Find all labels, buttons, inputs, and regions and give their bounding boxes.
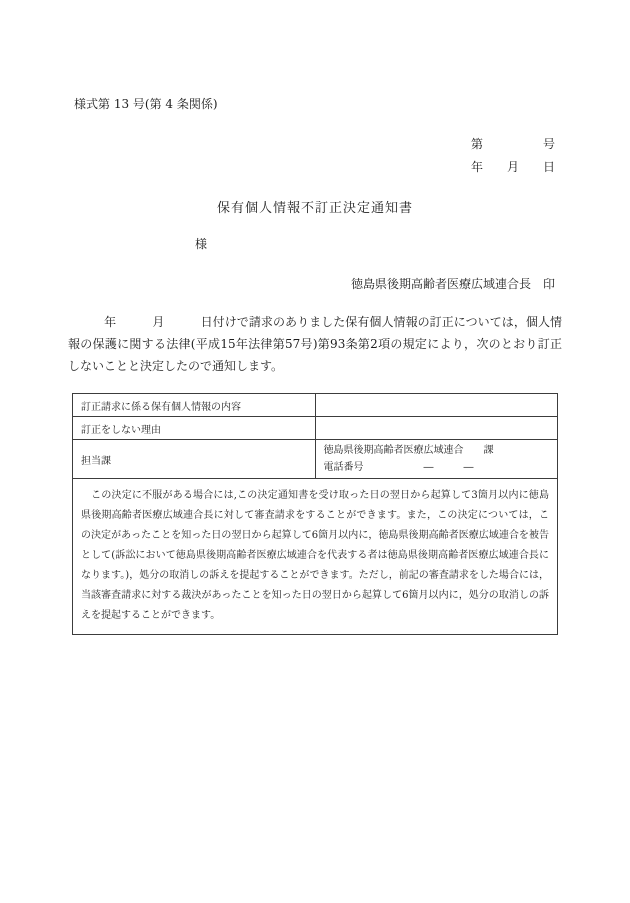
row-value-reason [315,417,558,440]
page-title: 保有個人情報不訂正決定通知書 [0,200,630,218]
table-row-request-content: 訂正請求に係る保有個人情報の内容 [73,394,558,417]
row-value-request-content [315,394,558,417]
appeal-note: この決定に不服がある場合には,この決定通知書を受け取った日の翌日から起算して3箇… [73,479,558,635]
row-label-reason: 訂正をしない理由 [73,417,316,440]
addressee-line: 様 [195,236,207,252]
department-name-line: 徳島県後期高齢者医療広域連合 課 [324,442,550,459]
issuer-line: 徳島県後期高齢者医療広域連合長 印 [351,276,555,292]
phone-number-line: 電話番号 ― ― [324,459,550,476]
table-row-department: 担当課 徳島県後期高齢者医療広域連合 課 電話番号 ― ― [73,440,558,479]
body-paragraph: 年 月 日付けで請求のありました保有個人情報の訂正については，個人情報の保護に関… [68,311,562,377]
document-page: 様式第 13 号(第 4 条関係) 第 号 年 月 日 保有個人情報不訂正決定通… [0,0,630,903]
document-number-line: 第 号 [471,136,555,152]
row-label-request-content: 訂正請求に係る保有個人情報の内容 [73,394,316,417]
row-value-department: 徳島県後期高齢者医療広域連合 課 電話番号 ― ― [315,440,558,479]
table-row-note: この決定に不服がある場合には,この決定通知書を受け取った日の翌日から起算して3箇… [73,479,558,635]
date-line: 年 月 日 [471,159,555,175]
form-number: 様式第 13 号(第 4 条関係) [74,96,218,112]
table-row-reason: 訂正をしない理由 [73,417,558,440]
notice-table: 訂正請求に係る保有個人情報の内容 訂正をしない理由 担当課 徳島県後期高齢者医療… [72,393,558,635]
row-label-department: 担当課 [73,440,316,479]
